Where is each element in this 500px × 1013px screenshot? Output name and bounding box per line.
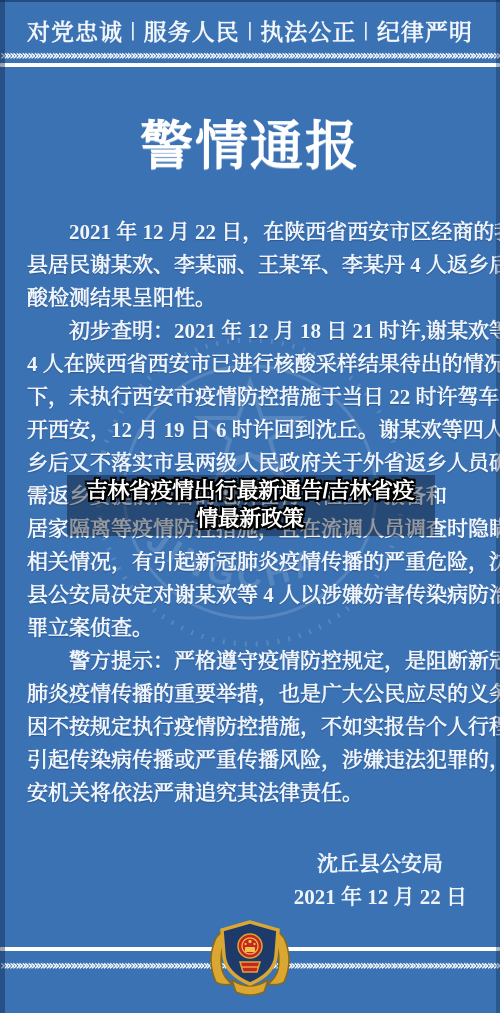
slogan-separator: | [131,20,135,42]
slogan-strict-discipline: 纪律严明 [377,14,473,47]
overlay-caption-line2: 情最新政策 [0,505,500,533]
slogan-serve-people: 服务人民 [144,14,240,47]
body-text-line: 引起传染病传播或严重传播风险，涉嫌违法犯罪的，公 [27,744,477,777]
divider-line-top [0,63,500,67]
slogan-bar: 对党忠诚 | 服务人民 | 执法公正 | 纪律严明 [27,14,473,47]
slogan-fair-enforcement: 执法公正 [260,14,356,47]
slogan-separator: | [364,20,368,42]
body-text-line: 4 人在陕西省西安市已进行核酸采样结果待出的情况 [27,348,477,381]
photo-edge-top [0,0,500,2]
body-text-line: 因不按规定执行疫情防控措施，不如实报告个人行程， [27,711,477,744]
body-text-line: 下，未执行西安市疫情防控措施于当日 22 时许驾车离 [27,381,477,414]
body-text-line: 罪立案侦查。 [27,612,477,645]
slogan-separator: | [248,20,252,42]
chevron-pattern-top: »»»»»»»»»»»»»»»»»»»»»»»»»»»»»»»»»»»»»»»»… [0,50,500,63]
body-text-line: 县公安局决定对谢某欢等 4 人以涉嫌妨害传染病防治 [27,579,477,612]
page-title: 警情通报 [0,104,500,180]
overlay-caption: 吉林省疫情出行最新通告/吉林省疫 情最新政策 [0,477,500,533]
body-text-line: 酸检测结果呈阳性。 [27,282,477,315]
body-text-line: 县居民谢某欢、李某丽、王某军、李某丹 4 人返乡后核 [27,249,477,282]
body-text-line: 开西安，12 月 19 日 6 时许回到沈丘。谢某欢等四人返 [27,414,477,447]
slogan-loyalty: 对党忠诚 [27,14,123,47]
police-badge-icon [202,920,298,996]
body-text-line: 相关情况，有引起新冠肺炎疫情传播的严重危险，沈丘 [27,546,477,579]
body-text-line: 安机关将依法严肃追究其法律责任。 [27,777,477,810]
body-text-line: 初步查明：2021 年 12 月 18 日 21 时许,谢某欢等 [27,315,477,348]
body-text-line: 2021 年 12 月 22 日，在陕西省西安市区经商的我 [27,216,477,249]
overlay-caption-line1: 吉林省疫情出行最新通告/吉林省疫 [0,477,500,505]
body-text-line: 警方提示：严格遵守疫情防控规定，是阻断新冠 [27,645,477,678]
body-text-line: 肺炎疫情传播的重要举措，也是广大公民应尽的义务。 [27,678,477,711]
police-notice-poster: 对党忠诚 | 服务人民 | 执法公正 | 纪律严明 »»»»»»»»»»»»»»… [0,0,500,1013]
signature-date: 2021 年 12 月 22 日 [0,881,467,911]
signature-agency: 沈丘县公安局 [0,848,443,878]
